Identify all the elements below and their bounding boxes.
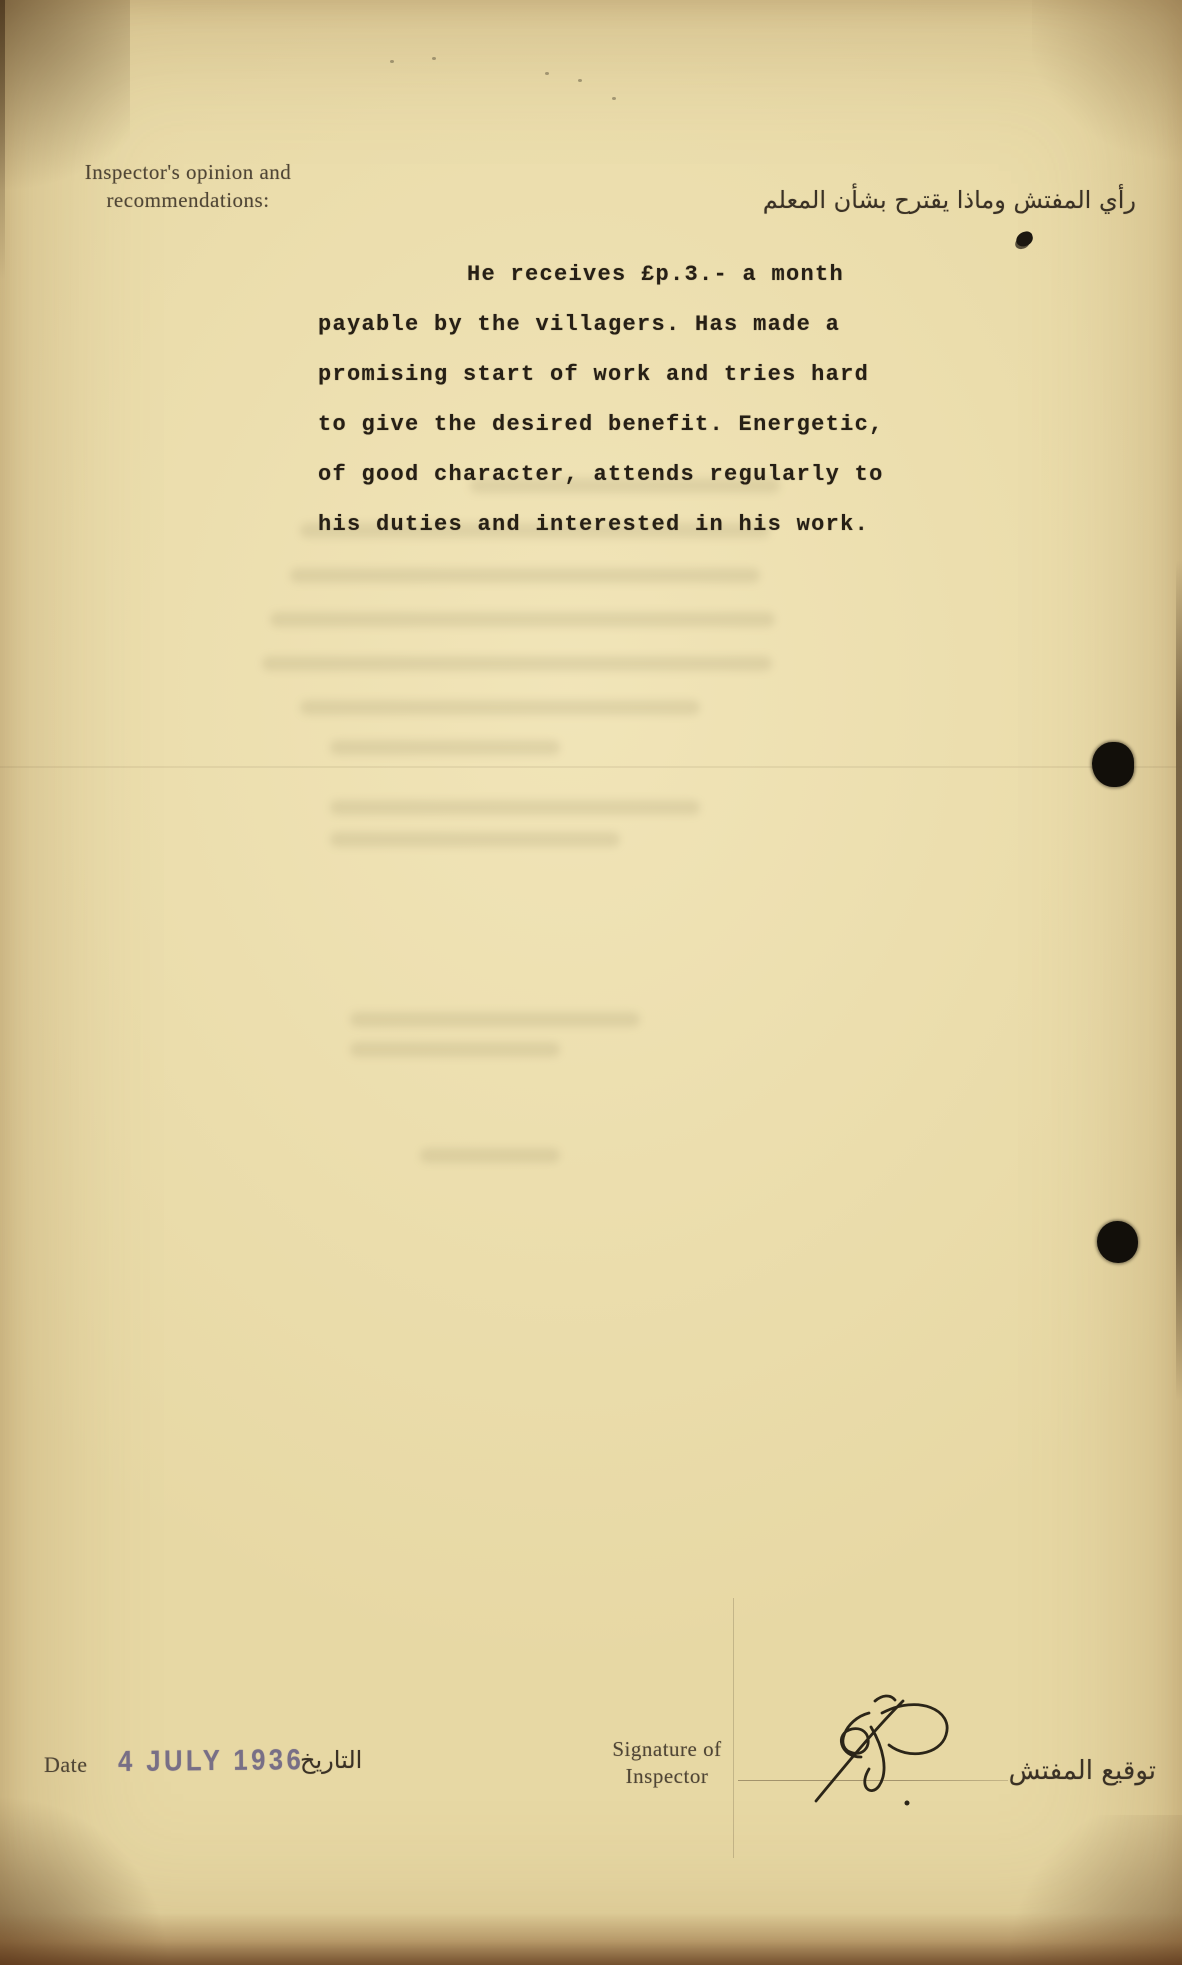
typed-remarks-line: of good character, attends regularly to [318,455,918,505]
paper-edge-shadow [0,0,5,280]
paper-fold-line [733,1598,734,1858]
signature-label-line2: Inspector [596,1763,738,1790]
date-label: Date [44,1752,88,1778]
paper-corner-shadow [1032,0,1182,170]
show-through-smudge [330,832,620,847]
inspector-opinion-label-line1: Inspector's opinion and [48,158,328,186]
paper-crease [0,766,1182,768]
signature-label-line1: Signature of [596,1736,738,1763]
pencil-speck [390,60,394,63]
hole-punch-dot [1097,1221,1138,1263]
inspector-opinion-label-arabic: رأي المفتش وماذا يقترح بشأن المعلم [763,186,1136,214]
show-through-smudge [262,656,772,671]
paper-edge-shadow [1176,560,1182,1400]
paper-bottom-stain [0,1913,1182,1965]
pencil-speck [612,97,616,100]
date-label-arabic: التاريخ [300,1746,362,1774]
show-through-smudge [330,800,700,815]
pencil-speck [432,57,436,60]
signature-of-inspector-label: Signature of Inspector [596,1736,738,1790]
typed-remarks: He receives £p.3.- a month payable by th… [318,255,918,555]
typed-remarks-line: to give the desired benefit. Energetic, [318,405,918,455]
show-through-smudge [290,568,760,583]
show-through-smudge [350,1042,560,1057]
typed-remarks-line: promising start of work and tries hard [318,355,918,405]
inspector-opinion-label: Inspector's opinion and recommendations: [48,158,328,214]
pencil-speck [578,79,582,82]
show-through-smudge [300,700,700,715]
hole-punch-dot [1092,742,1134,787]
date-stamp: 4 JULY 1936 [118,1744,305,1779]
inspector-signature [790,1685,990,1820]
show-through-smudge [420,1148,560,1163]
typed-remarks-line: payable by the villagers. Has made a [318,305,918,355]
show-through-smudge [270,612,775,627]
signature-label-arabic: توقيع المفتش [1009,1756,1156,1786]
typed-remarks-line: He receives £p.3.- a month [318,255,918,305]
show-through-smudge [350,1012,640,1027]
typed-remarks-line: his duties and interested in his work. [318,505,918,555]
pencil-speck [545,72,549,75]
inspector-opinion-label-line2: recommendations: [48,186,328,214]
ink-blot [1014,230,1034,248]
scanned-page: Inspector's opinion and recommendations:… [0,0,1182,1965]
show-through-smudge [330,740,560,755]
